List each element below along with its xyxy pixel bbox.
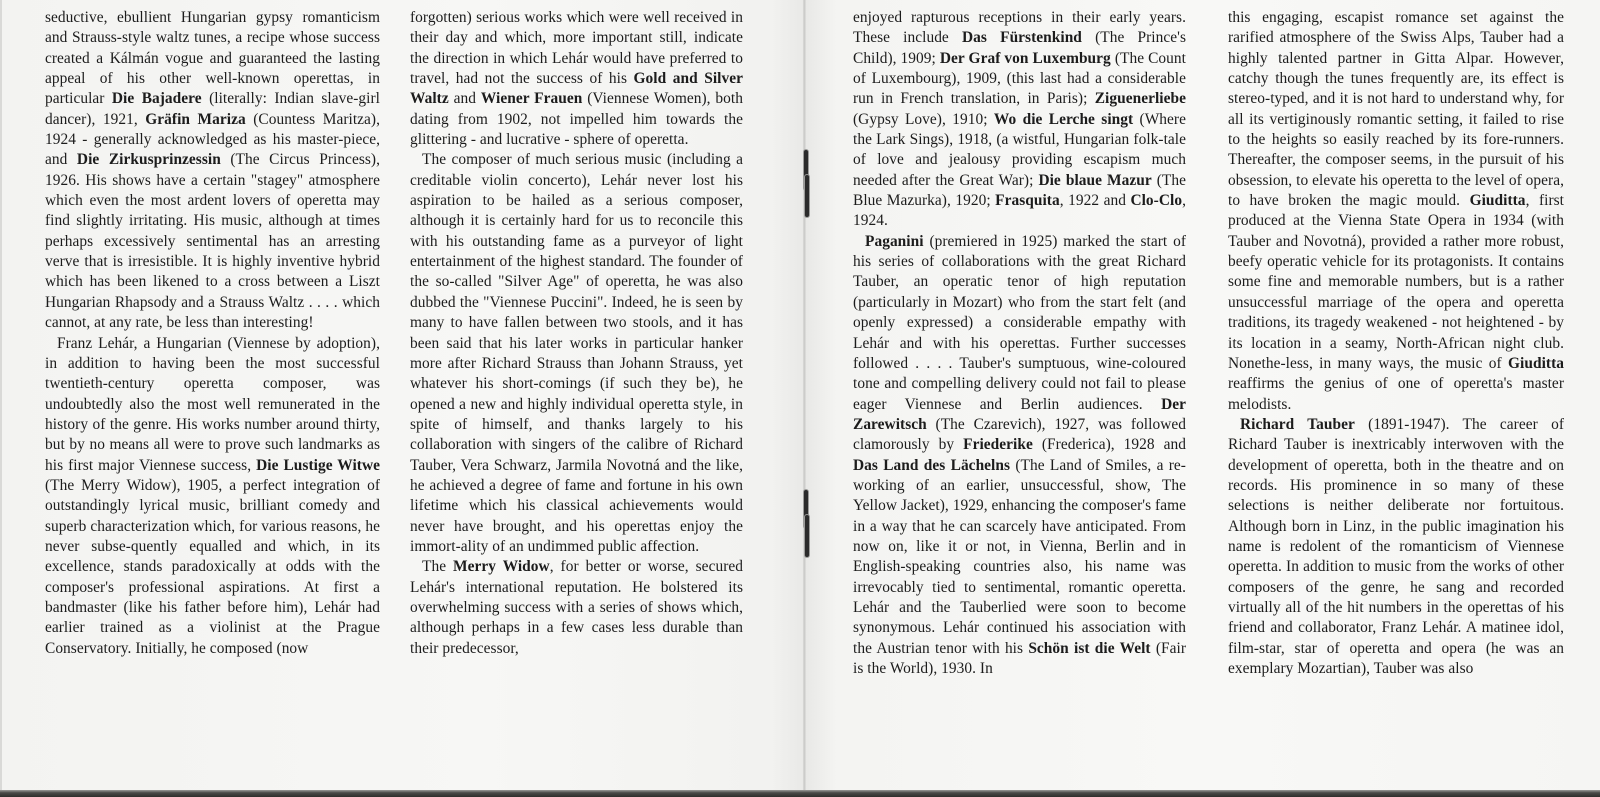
scan-bottom-edge [0,790,1600,797]
paragraph: Franz Lehár, a Hungarian (Viennese by ad… [45,334,380,660]
work-title: Die Lustige Witwe [256,457,380,474]
work-title: Clo-Clo [1130,192,1182,209]
staple-icon [805,515,809,557]
paragraph: forgotten) serious works which were well… [410,8,743,150]
paragraph: this engaging, escapist romance set agai… [1228,8,1564,415]
body-text: reaffirms the genius of one of operetta'… [1228,375,1564,412]
body-text: (Frederica), 1928 and [1033,436,1186,453]
staple-icon [805,175,809,217]
body-text: (The Merry Widow), 1905, a perfect integ… [45,477,380,657]
work-title: Frasquita [995,192,1060,209]
work-title: Das Fürstenkind [962,29,1082,46]
work-title: Merry Widow [453,558,550,575]
text-column-3: enjoyed rapturous receptions in their ea… [853,8,1186,679]
work-title: Gräfin Mariza [145,111,245,128]
paragraph: seductive, ebullient Hungarian gypsy rom… [45,8,380,334]
work-title: Ziguenerliebe [1095,90,1186,107]
body-text: The [422,558,453,575]
body-text: this engaging, escapist romance set agai… [1228,9,1564,209]
text-column-4: this engaging, escapist romance set agai… [1228,8,1564,679]
work-title: Friederike [963,436,1033,453]
work-title: Wo die Lerche singt [994,111,1133,128]
body-text: (The Land of Smiles, a re-working of an … [853,457,1186,657]
work-title: Wiener Frauen [481,90,583,107]
work-title: Schön ist die Welt [1028,640,1150,657]
body-text: , 1922 and [1060,192,1131,209]
booklet-spread: seductive, ebullient Hungarian gypsy rom… [0,0,1600,797]
page-edge [0,0,2,792]
work-title: Giuditta [1508,355,1564,372]
text-column-1: seductive, ebullient Hungarian gypsy rom… [45,8,380,659]
paragraph: The composer of much serious music (incl… [410,150,743,557]
body-text: Franz Lehár, a Hungarian (Viennese by ad… [45,335,380,474]
body-text: (The Circus Princess), 1926. His shows h… [45,151,380,331]
body-text: (Gypsy Love), 1910; [853,111,994,128]
work-title: Giuditta [1470,192,1526,209]
booklet-spine [803,0,806,792]
body-text: The composer of much serious music (incl… [410,151,743,555]
paragraph: Paganini (premiered in 1925) marked the … [853,232,1186,680]
work-title: Paganini [865,233,924,250]
work-title: Der Graf von Luxemburg [940,50,1111,67]
body-text: (1891-1947). The career of Richard Taube… [1228,416,1564,677]
body-text: (premiered in 1925) marked the start of … [853,233,1186,413]
work-title: Die Bajadere [112,90,202,107]
paragraph: The Merry Widow, for better or worse, se… [410,557,743,659]
paragraph: enjoyed rapturous receptions in their ea… [853,8,1186,232]
body-text: and [449,90,481,107]
work-title: Die blaue Mazur [1038,172,1151,189]
body-text: , first produced at the Vienna State Ope… [1228,192,1564,372]
text-column-2: forgotten) serious works which were well… [410,8,743,659]
work-title: Richard Tauber [1240,416,1355,433]
work-title: Die Zirkusprinzessin [77,151,221,168]
work-title: Das Land des Lächelns [853,457,1010,474]
paragraph: Richard Tauber (1891-1947). The career o… [1228,415,1564,679]
